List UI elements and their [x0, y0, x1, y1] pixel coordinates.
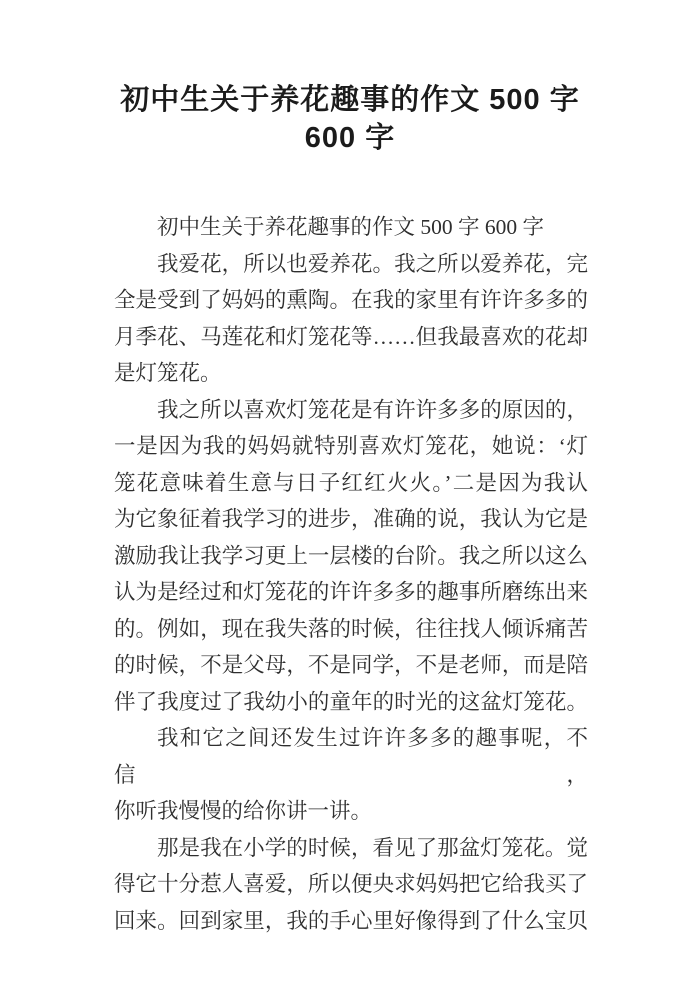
body-line: 那是我在小学的时候，看见了那盆灯笼花。觉: [114, 830, 588, 867]
paragraph: 我之所以喜欢灯笼花是有许许多多的原因的， 一是因为我的妈妈就特别喜欢灯笼花，她说…: [114, 392, 588, 721]
body-line: 你听我慢慢的给你讲一讲。: [114, 793, 588, 830]
body-line: 为它象征着我学习的进步，准确的说，我认为它是: [114, 501, 588, 538]
body-line: 是灯笼花。: [114, 355, 588, 392]
paragraph: 我爱花，所以也爱养花。我之所以爱养花，完 全是受到了妈妈的熏陶。在我的家里有许许…: [114, 246, 588, 392]
body-line: 回来。回到家里，我的手心里好像得到了什么宝贝: [114, 903, 588, 940]
body-line: 认为是经过和灯笼花的许许多多的趣事所磨练出来: [114, 574, 588, 611]
body-line: 笼花意味着生意与日子红红火火。’二是因为我认: [114, 465, 588, 502]
body-line: 的时候，不是父母，不是同学，不是老师，而是陪: [114, 647, 588, 684]
title-line: 初中生关于养花趣事的作文 500 字: [0, 81, 700, 119]
body-line: 月季花、马莲花和灯笼花等……但我最喜欢的花却: [114, 319, 588, 356]
body-line: 我之所以喜欢灯笼花是有许许多多的原因的，: [114, 392, 588, 429]
paragraph: 初中生关于养花趣事的作文 500 字 600 字: [114, 209, 588, 246]
essay-title: 初中生关于养花趣事的作文 500 字 600 字: [0, 81, 700, 157]
body-line: 初中生关于养花趣事的作文 500 字 600 字: [114, 209, 588, 246]
paragraph: 那是我在小学的时候，看见了那盆灯笼花。觉 得它十分惹人喜爱，所以便央求妈妈把它给…: [114, 830, 588, 940]
body-line: 的。例如，现在我失落的时候，往往找人倾诉痛苦: [114, 611, 588, 648]
body-line: 伴了我度过了我幼小的童年的时光的这盆灯笼花。: [114, 684, 588, 721]
body-line: 我爱花，所以也爱养花。我之所以爱养花，完: [114, 246, 588, 283]
body-line: 激励我让我学习更上一层楼的台阶。我之所以这么: [114, 538, 588, 575]
body-line: 我和它之间还发生过许许多多的趣事呢，不信，: [114, 720, 588, 793]
body-line: 得它十分惹人喜爱，所以便央求妈妈把它给我买了: [114, 866, 588, 903]
body-line: 全是受到了妈妈的熏陶。在我的家里有许许多多的: [114, 282, 588, 319]
body-line: 一是因为我的妈妈就特别喜欢灯笼花，她说：‘灯: [114, 428, 588, 465]
title-line: 600 字: [0, 119, 700, 157]
essay-page: 初中生关于养花趣事的作文 500 字 600 字 初中生关于养花趣事的作文 50…: [0, 0, 700, 989]
paragraph: 我和它之间还发生过许许多多的趣事呢，不信， 你听我慢慢的给你讲一讲。: [114, 720, 588, 830]
essay-body: 初中生关于养花趣事的作文 500 字 600 字 我爱花，所以也爱养花。我之所以…: [114, 209, 588, 939]
